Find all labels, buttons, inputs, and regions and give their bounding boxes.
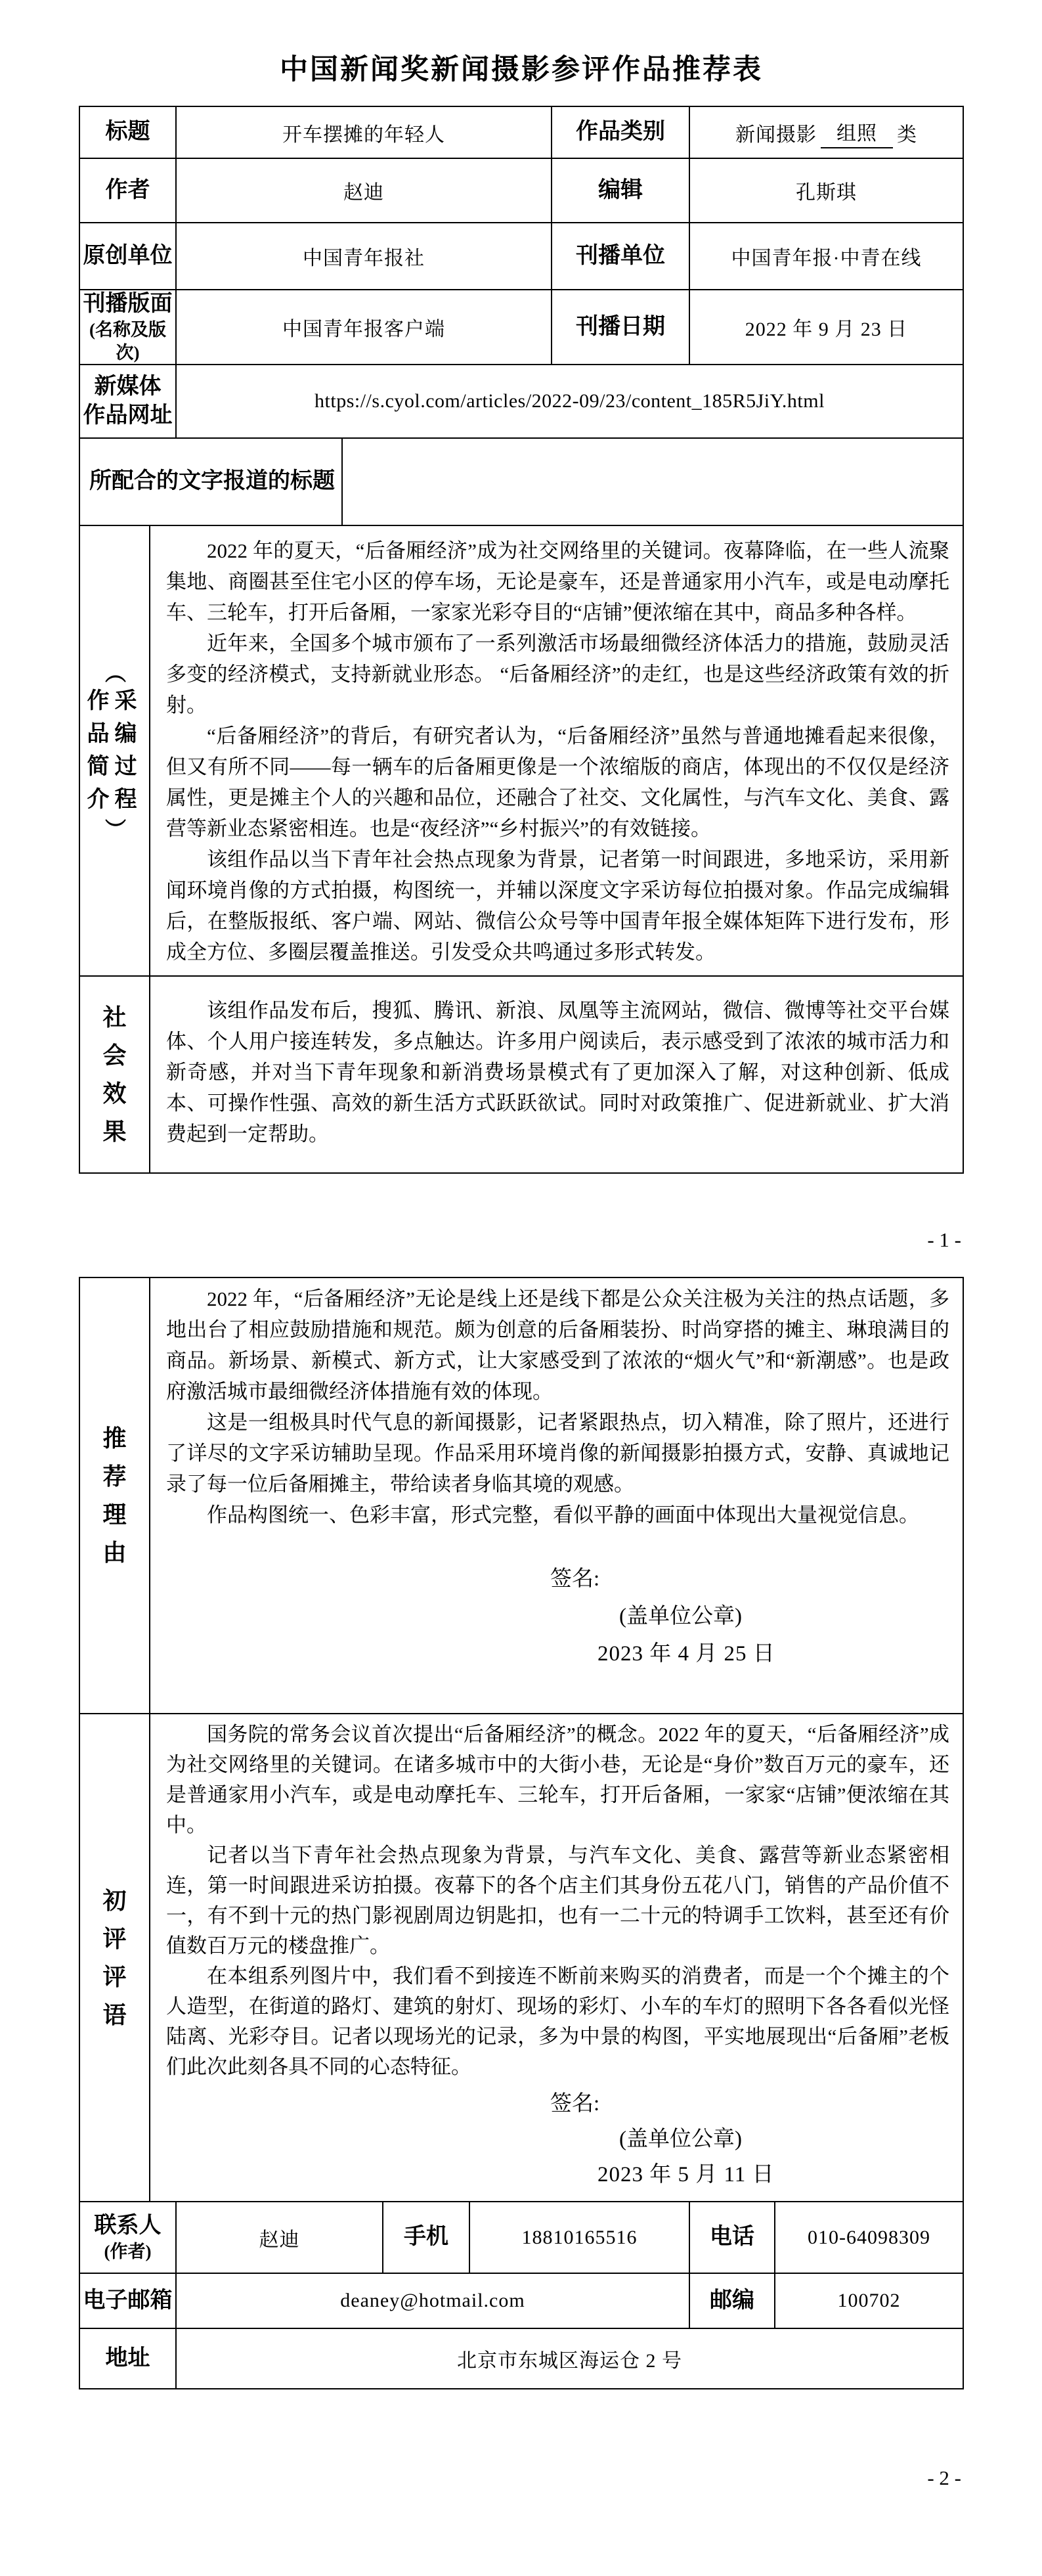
author-value: 赵迪 xyxy=(175,159,551,222)
work-intro-paragraph: 2022 年的夏天，“后备厢经济”成为社交网络里的关键词。夜幕降临，在一些人流聚… xyxy=(166,535,949,628)
row-text-report-title: 所配合的文字报道的标题 xyxy=(80,437,963,525)
row-title-category: 标题 开车摆摊的年轻人 作品类别 新闻摄影 组照 类 xyxy=(80,107,963,158)
signature-label: 签名: xyxy=(550,2086,949,2121)
review-paragraph: 国务院的常务会议首次提出“后备厢经济”的概念。2022 年的夏天，“后备厢经济”… xyxy=(166,1720,949,1840)
review-signature-block: 签名: (盖单位公章) 2023 年 5 月 11 日 xyxy=(550,2086,949,2192)
work-intro-paragraph: 近年来，全国多个城市颁布了一系列激活市场最细微经济体活力的措施，鼓励灵活多变的经… xyxy=(166,628,949,721)
work-intro-content: 2022 年的夏天，“后备厢经济”成为社交网络里的关键词。夜幕降临，在一些人流聚… xyxy=(149,526,963,975)
publish-page-label: 刊播版面 (名称及版次) xyxy=(80,290,175,364)
category-prefix: 新闻摄影 xyxy=(735,118,817,147)
address-value: 北京市东城区海运仓 2 号 xyxy=(175,2329,963,2388)
work-intro-label: （ 作采 品编 简过 介程 ） xyxy=(80,526,149,975)
signature-date: 2023 年 4 月 25 日 xyxy=(550,1635,949,1673)
author-label: 作者 xyxy=(80,159,175,222)
preliminary-review-label: 初评评语 xyxy=(80,1714,149,2201)
recommendation-form-document: 中国新闻奖新闻摄影参评作品推荐表 标题 开车摆摊的年轻人 作品类别 新闻摄影 组… xyxy=(79,54,964,2489)
contact-person-label-line2: (作者) xyxy=(104,2240,152,2263)
signature-label: 签名: xyxy=(550,1561,949,1598)
row-author-editor: 作者 赵迪 编辑 孔斯琪 xyxy=(80,158,963,222)
publish-date-value: 2022 年 9 月 23 日 xyxy=(689,290,963,364)
page1-number: - 1 - xyxy=(79,1229,964,1251)
row-origin-publisher: 原创单位 中国青年报社 刊播单位 中国青年报·中青在线 xyxy=(80,222,963,289)
text-report-label: 所配合的文字报道的标题 xyxy=(80,439,341,525)
social-effect-paragraph: 该组作品发布后，搜狐、腾讯、新浪、凤凰等主流网站，微信、微博等社交平台媒体、个人… xyxy=(166,995,949,1149)
phone-value: 010-64098309 xyxy=(774,2202,963,2273)
row-media-url: 新媒体 作品网址 https://s.cyol.com/articles/202… xyxy=(80,364,963,437)
seal-note: (盖单位公章) xyxy=(550,2121,949,2157)
phone-label: 电话 xyxy=(689,2202,774,2273)
recommend-paragraph: 作品构图统一、色彩丰富，形式完整，看似平静的画面中体现出大量视觉信息。 xyxy=(166,1499,949,1530)
media-url-label-line1: 新媒体 xyxy=(95,372,162,401)
media-url-label-line2: 作品网址 xyxy=(83,401,173,430)
work-intro-label-row3: 简过 xyxy=(87,751,142,784)
row-email-zip: 电子邮箱 deaney@hotmail.com 邮编 100702 xyxy=(80,2273,963,2328)
contact-person-label-line1: 联系人 xyxy=(95,2211,162,2240)
publish-unit-label: 刊播单位 xyxy=(551,223,689,289)
editor-label: 编辑 xyxy=(551,159,689,222)
label-paren-bottom: ） xyxy=(102,818,127,839)
row-address: 地址 北京市东城区海运仓 2 号 xyxy=(80,2328,963,2388)
row-contact: 联系人 (作者) 赵迪 手机 18810165516 电话 010-640983… xyxy=(80,2201,963,2273)
row-preliminary-review: 初评评语 国务院的常务会议首次提出“后备厢经济”的概念。2022 年的夏天，“后… xyxy=(80,1713,963,2201)
publish-page-value: 中国青年报客户端 xyxy=(175,290,551,364)
recommend-paragraph: 这是一组极具时代气息的新闻摄影，记者紧跟热点，切入精准，除了照片，还进行了详尽的… xyxy=(166,1407,949,1499)
media-url-label: 新媒体 作品网址 xyxy=(80,365,175,437)
page2-number: - 2 - xyxy=(79,2467,964,2489)
title-value: 开车摆摊的年轻人 xyxy=(175,107,551,158)
text-report-value xyxy=(341,439,963,525)
form-title: 中国新闻奖新闻摄影参评作品推荐表 xyxy=(79,54,964,86)
row-page-date: 刊播版面 (名称及版次) 中国青年报客户端 刊播日期 2022 年 9 月 23… xyxy=(80,289,963,364)
mobile-label: 手机 xyxy=(382,2202,469,2273)
category-suffix: 类 xyxy=(897,118,917,147)
review-paragraph: 记者以当下青年社会热点现象为背景，与汽车文化、美食、露营等新业态紧密相连，第一时… xyxy=(166,1840,949,1961)
social-effect-label: 社会效果 xyxy=(80,977,149,1172)
category-underlined-value: 组照 xyxy=(821,117,893,148)
zip-label: 邮编 xyxy=(689,2274,774,2328)
preliminary-review-content: 国务院的常务会议首次提出“后备厢经济”的概念。2022 年的夏天，“后备厢经济”… xyxy=(149,1714,963,2201)
title-label: 标题 xyxy=(80,107,175,158)
publish-date-label: 刊播日期 xyxy=(551,290,689,364)
origin-unit-label: 原创单位 xyxy=(80,223,175,289)
media-url-value: https://s.cyol.com/articles/2022-09/23/c… xyxy=(175,365,963,437)
work-intro-label-row1: 作采 xyxy=(87,685,142,718)
category-value: 新闻摄影 组照 类 xyxy=(689,107,963,158)
recommend-signature-block: 签名: (盖单位公章) 2023 年 4 月 25 日 xyxy=(550,1561,949,1673)
publish-page-label-line2: (名称及版次) xyxy=(80,319,175,364)
social-effect-content: 该组作品发布后，搜狐、腾讯、新浪、凤凰等主流网站，微信、微博等社交平台媒体、个人… xyxy=(149,977,963,1172)
zip-value: 100702 xyxy=(774,2274,963,2328)
work-intro-label-row2: 品编 xyxy=(87,718,142,751)
form-table-page2: 推荐理由 2022 年，“后备厢经济”无论是线上还是线下都是公众关注极为关注的热… xyxy=(79,1277,964,2389)
row-work-intro: （ 作采 品编 简过 介程 ） 2022 年的夏天，“后备厢经济”成为社交网络里… xyxy=(80,525,963,975)
work-intro-label-row4: 介程 xyxy=(87,784,142,816)
address-label: 地址 xyxy=(80,2329,175,2388)
signature-date: 2023 年 5 月 11 日 xyxy=(550,2157,949,2192)
contact-person-value: 赵迪 xyxy=(175,2202,382,2273)
publish-unit-value: 中国青年报·中青在线 xyxy=(689,223,963,289)
work-intro-paragraph: 该组作品以当下青年社会热点现象为背景，记者第一时间跟进，多地采访，采用新闻环境肖… xyxy=(166,844,949,967)
email-value: deaney@hotmail.com xyxy=(175,2274,689,2328)
origin-unit-value: 中国青年报社 xyxy=(175,223,551,289)
review-paragraph: 在本组系列图片中，我们看不到接连不断前来购买的消费者，而是一个个摊主的个人造型，… xyxy=(166,1961,949,2082)
contact-person-label: 联系人 (作者) xyxy=(80,2202,175,2273)
row-social-effect: 社会效果 该组作品发布后，搜狐、腾讯、新浪、凤凰等主流网站，微信、微博等社交平台… xyxy=(80,975,963,1172)
mobile-value: 18810165516 xyxy=(469,2202,689,2273)
email-label: 电子邮箱 xyxy=(80,2274,175,2328)
recommend-paragraph: 2022 年，“后备厢经济”无论是线上还是线下都是公众关注极为关注的热点话题，多… xyxy=(166,1283,949,1407)
work-intro-paragraph: “后备厢经济”的背后，有研究者认为，“后备厢经济”虽然与普通地摊看起来很像，但又… xyxy=(166,721,949,844)
seal-note: (盖单位公章) xyxy=(550,1598,949,1635)
category-label: 作品类别 xyxy=(551,107,689,158)
form-table-page1: 标题 开车摆摊的年轻人 作品类别 新闻摄影 组照 类 作者 赵迪 编辑 孔斯琪 … xyxy=(79,106,964,1174)
recommend-reason-label: 推荐理由 xyxy=(80,1278,149,1713)
publish-page-label-line1: 刊播版面 xyxy=(83,290,173,319)
recommend-reason-content: 2022 年，“后备厢经济”无论是线上还是线下都是公众关注极为关注的热点话题，多… xyxy=(149,1278,963,1713)
label-paren-top: （ xyxy=(102,662,127,683)
editor-value: 孔斯琪 xyxy=(689,159,963,222)
row-recommend-reason: 推荐理由 2022 年，“后备厢经济”无论是线上还是线下都是公众关注极为关注的热… xyxy=(80,1278,963,1713)
